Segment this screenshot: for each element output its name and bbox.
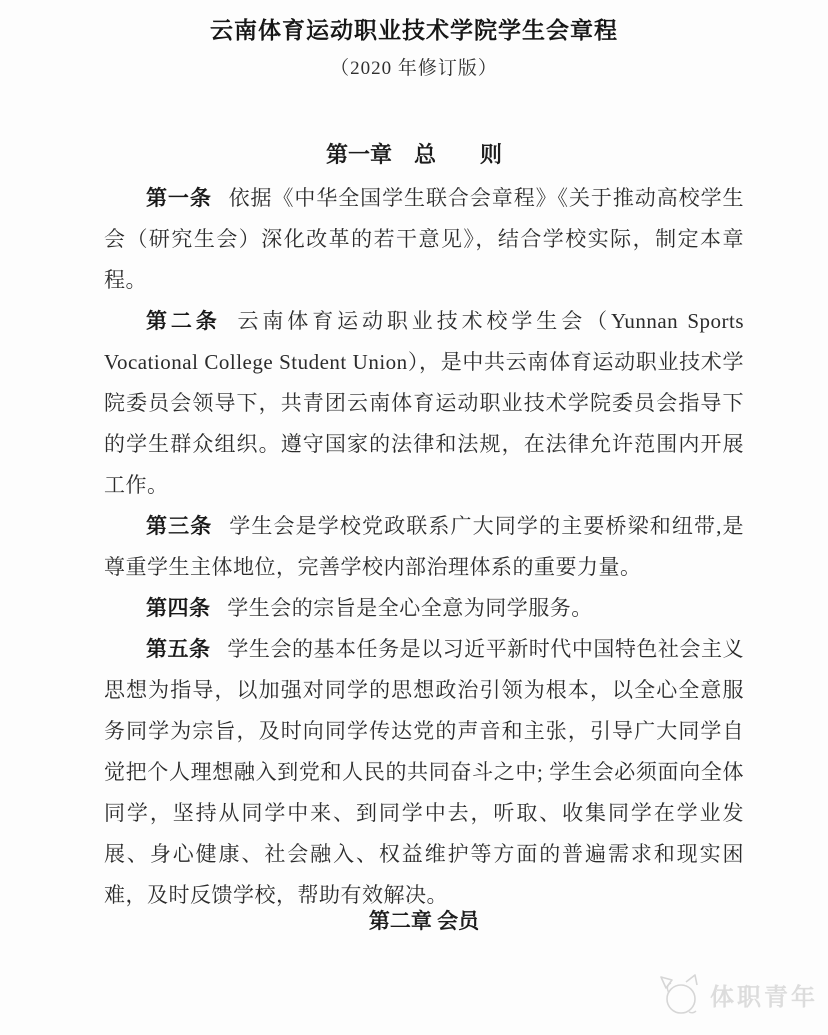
article-4-label: 第四条	[146, 596, 211, 620]
document-page: 云南体育运动职业技术学院学生会章程 （2020 年修订版） 第一章 总 则 第一…	[0, 0, 828, 1035]
mascot-logo-icon	[659, 972, 703, 1023]
article-4: 第四条学生会的宗旨是全心全意为同学服务。	[104, 588, 744, 629]
document-title: 云南体育运动职业技术学院学生会章程	[0, 0, 828, 46]
article-1-label: 第一条	[146, 186, 212, 210]
article-5: 第五条学生会的基本任务是以习近平新时代中国特色社会主义思想为指导，以加强对同学的…	[104, 629, 744, 916]
chapter-1-heading: 第一章 总 则	[0, 140, 828, 170]
document-subtitle: （2020 年修订版）	[0, 56, 828, 82]
article-5-text: 学生会的基本任务是以习近平新时代中国特色社会主义思想为指导，以加强对同学的思想政…	[104, 637, 744, 907]
article-2-label: 第二条	[146, 309, 221, 333]
watermark: 体职青年	[659, 972, 818, 1023]
article-3: 第三条学生会是学校党政联系广大同学的主要桥梁和纽带,是尊重学生主体地位，完善学校…	[104, 506, 744, 588]
article-2: 第二条云南体育运动职业技术校学生会（Yunnan Sports Vocation…	[104, 301, 744, 506]
article-3-label: 第三条	[146, 514, 212, 538]
watermark-text: 体职青年	[710, 986, 818, 1010]
article-2-text: 云南体育运动职业技术校学生会（Yunnan Sports Vocational …	[104, 309, 744, 497]
article-4-text: 学生会的宗旨是全心全意为同学服务。	[227, 596, 593, 620]
article-1: 第一条依据《中华全国学生联合会章程》《关于推动高校学生会（研究生会）深化改革的若…	[104, 178, 744, 301]
document-body: 第一条依据《中华全国学生联合会章程》《关于推动高校学生会（研究生会）深化改革的若…	[104, 178, 744, 936]
article-5-label: 第五条	[146, 637, 211, 661]
